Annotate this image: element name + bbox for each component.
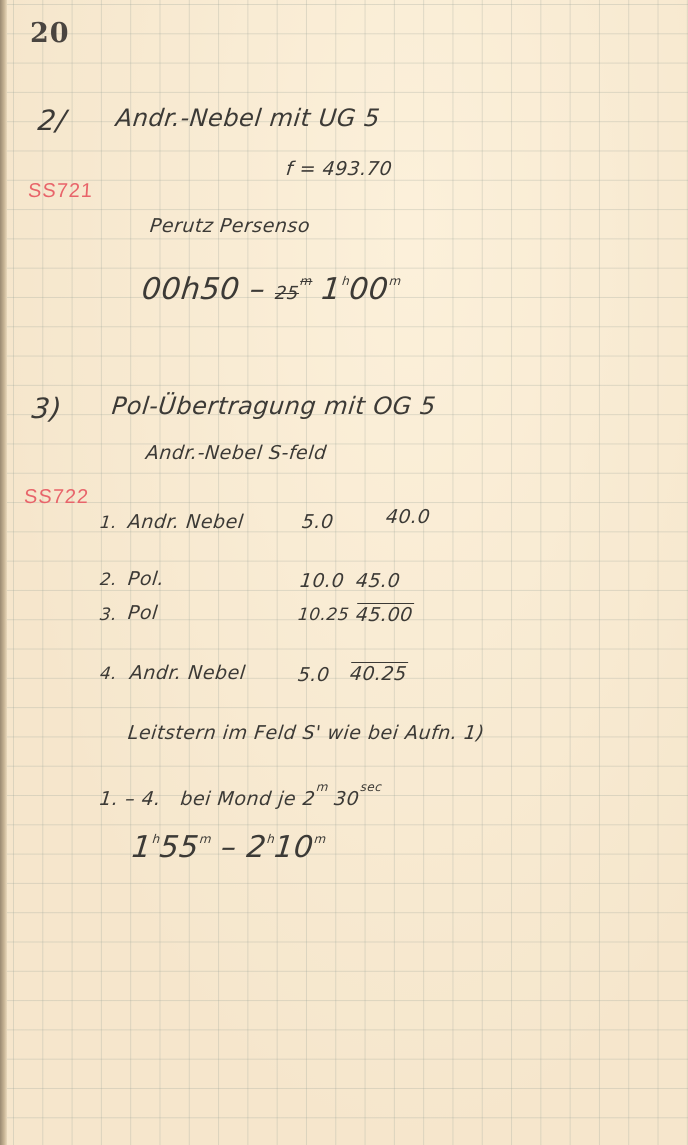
entry-3-time-end-m: 10 — [273, 830, 316, 865]
entry-2-time: 00h50 – 25m 1h00m — [140, 272, 402, 307]
exposure-range: 1. – 4. — [98, 788, 162, 810]
exposure-value-b: 45.00 — [355, 604, 414, 626]
exposure-time-h-sup: m — [316, 780, 330, 794]
entry-2-time-struck: 25 — [274, 283, 300, 304]
exposure-value-a: 10.25 — [297, 605, 350, 625]
entry-3-title: Pol-Übertragung mit OG 5 — [111, 392, 438, 420]
exposure-object: Pol. — [127, 568, 166, 590]
entry-3-guide-star-note: Leitstern im Feld S' wie bei Aufn. 1) — [127, 722, 486, 744]
entry-3-time-end-h: 2 — [245, 830, 268, 865]
exposure-number: 2. — [99, 570, 118, 590]
entry-2-plate-number: SS721 — [27, 180, 94, 203]
entry-2-time-separator: – — [248, 272, 267, 307]
exposure-value-b: 40.25 — [349, 663, 408, 685]
entry-2-time-end-m: 00 — [347, 272, 390, 307]
page-number: 20 — [30, 18, 70, 49]
entry-2-title: Andr.-Nebel mit UG 5 — [115, 104, 382, 132]
entry-2-time-start: 00h50 — [140, 272, 242, 307]
exposure-note-text: bei Mond je — [179, 788, 297, 810]
entry-3-time-separator: – — [219, 830, 238, 865]
entry-3-time-start-m: 55 — [158, 830, 201, 865]
exposure-object: Andr. Nebel — [129, 662, 247, 684]
entry-3-time: 1h55m – 2h10m — [130, 830, 327, 865]
entry-3-plate-number: SS722 — [23, 486, 90, 509]
exposure-time-s-sup: sec — [360, 780, 383, 794]
entry-2-time-struck-sup: m — [300, 274, 314, 288]
notebook-page: 20 2/ Andr.-Nebel mit UG 5 f = 493.70 SS… — [0, 0, 688, 1145]
exposure-number: 4. — [99, 664, 118, 684]
entry-2-time-end-m-sup: m — [389, 274, 403, 288]
entry-3-time-start-h: 1 — [130, 830, 153, 865]
entry-2-focus: f = 493.70 — [285, 158, 393, 180]
entry-2-label: 2/ — [36, 104, 68, 137]
entry-3-exposure-note: 1. – 4. bei Mond je 2m 30sec — [98, 780, 383, 810]
exposure-value-b: 40.0 — [385, 506, 432, 528]
exposure-value-a: 10.0 — [299, 570, 346, 592]
exposure-time-h: 2 — [302, 788, 317, 810]
exposure-value-a: 5.0 — [297, 664, 331, 686]
entry-3-subtitle: Andr.-Nebel S-feld — [145, 442, 328, 464]
exposure-object: Andr. Nebel — [127, 511, 245, 533]
page-binding-edge — [0, 0, 7, 1145]
exposure-number: 3. — [99, 605, 118, 625]
exposure-object: Pol — [127, 602, 159, 624]
exposure-number: 1. — [99, 513, 118, 533]
exposure-value-a: 5.0 — [301, 511, 335, 533]
exposure-value-b: 45.0 — [355, 570, 402, 592]
entry-2-observers: Perutz Persenso — [149, 215, 311, 237]
entry-3-label: 3) — [30, 392, 63, 425]
entry-3-time-start-m-sup: m — [199, 832, 213, 846]
exposure-time-s: 30 — [333, 788, 360, 810]
entry-2-time-end-h: 1 — [320, 272, 343, 307]
entry-3-time-end-m-sup: m — [314, 832, 328, 846]
